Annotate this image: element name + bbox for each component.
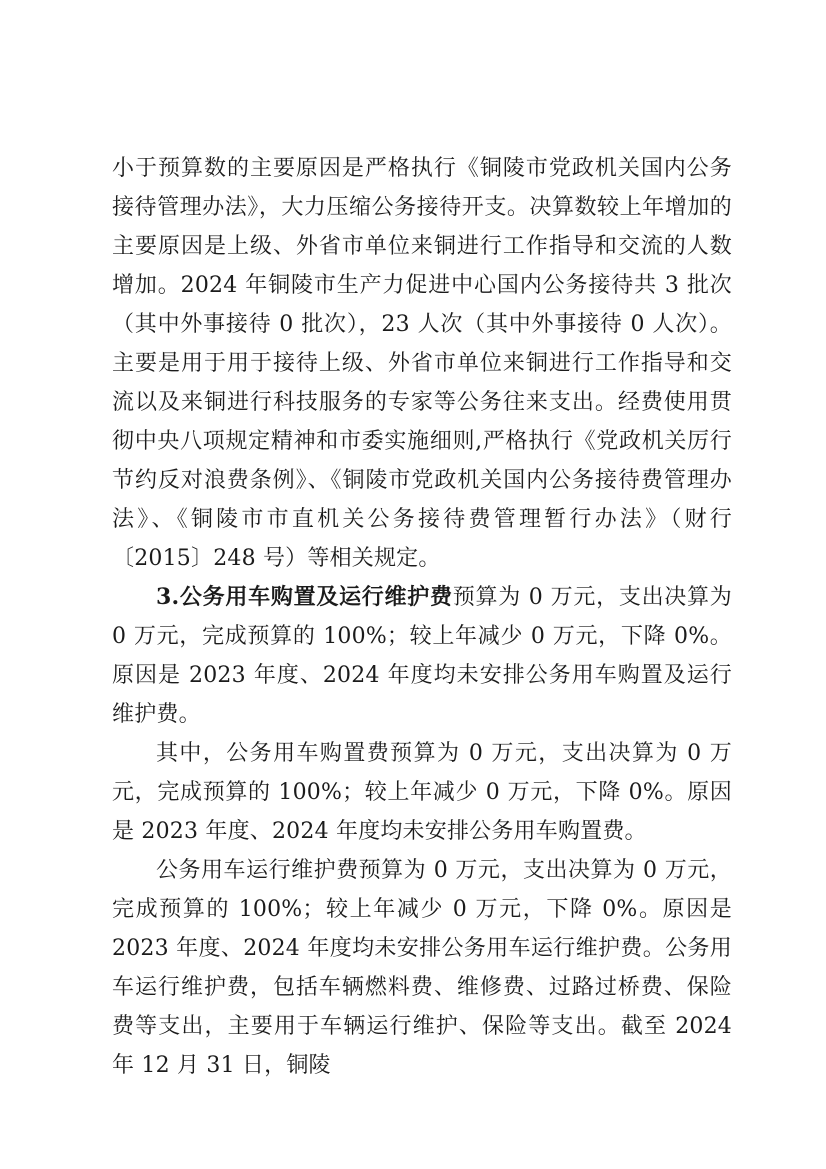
paragraph-vehicle-operation-maintenance-detail: 公务用车运行维护费预算为 0 万元，支出决算为 0 万元，完成预算的 100%；… — [112, 851, 732, 1085]
paragraph-text: 公务用车运行维护费预算为 0 万元，支出决算为 0 万元，完成预算的 100%；… — [112, 858, 732, 1078]
paragraph-vehicle-purchase-detail: 其中，公务用车购置费预算为 0 万元，支出决算为 0 万元，完成预算的 100%… — [112, 734, 732, 851]
section-heading-vehicle-expense: 3.公务用车购置及运行维护费 — [156, 584, 453, 610]
document-page: 小于预算数的主要原因是严格执行《铜陵市党政机关国内公务接待管理办法》，大力压缩公… — [0, 0, 826, 1169]
paragraph-text: 小于预算数的主要原因是严格执行《铜陵市党政机关国内公务接待管理办法》，大力压缩公… — [112, 156, 732, 571]
document-body: 小于预算数的主要原因是严格执行《铜陵市党政机关国内公务接待管理办法》，大力压缩公… — [112, 149, 732, 1085]
paragraph-vehicle-purchase-and-operation-total: 3.公务用车购置及运行维护费预算为 0 万元，支出决算为 0 万元，完成预算的 … — [112, 578, 732, 734]
paragraph-text: 其中，公务用车购置费预算为 0 万元，支出决算为 0 万元，完成预算的 100%… — [112, 741, 732, 844]
paragraph-reception-expense-continued: 小于预算数的主要原因是严格执行《铜陵市党政机关国内公务接待管理办法》，大力压缩公… — [112, 149, 732, 578]
